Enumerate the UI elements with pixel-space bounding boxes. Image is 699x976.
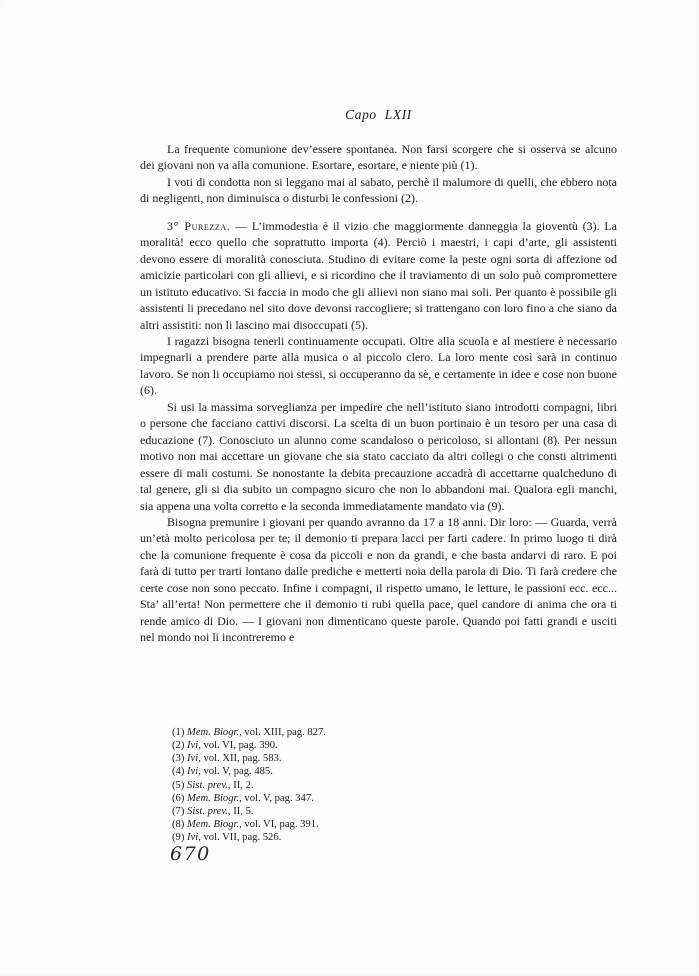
paragraph: I voti di condotta non si leggano mai al… bbox=[140, 174, 617, 207]
footnote-source: Mem. Biogr., bbox=[187, 727, 242, 738]
chapter-header: Capo LXII bbox=[140, 107, 617, 123]
footnote-number: (3) bbox=[172, 753, 184, 764]
footnote-source: Ivi, bbox=[187, 753, 201, 764]
footnote-source: Mem. Biogr., bbox=[187, 819, 242, 830]
footnote-number: (5) bbox=[172, 780, 184, 791]
footnote-number: (2) bbox=[172, 740, 184, 751]
paragraph: La frequente comunione dev’essere sponta… bbox=[140, 141, 617, 174]
footnote-text: vol. XII, pag. 583. bbox=[204, 753, 282, 764]
footnote-text: vol. V, pag. 485. bbox=[204, 766, 273, 777]
footnote-text: vol. V, pag. 347. bbox=[244, 793, 313, 804]
footnote-source: Sist. prev., bbox=[187, 780, 231, 791]
footnote-number: (6) bbox=[172, 793, 184, 804]
footnote: (4) Ivi, vol. V, pag. 485. bbox=[172, 765, 602, 778]
footnote: (2) Ivi, vol. VI, pag. 390. bbox=[172, 739, 602, 752]
footnotes-block: (1) Mem. Biogr., vol. XIII, pag. 827. (2… bbox=[172, 726, 602, 844]
footnote-source: Ivi, bbox=[187, 766, 201, 777]
paragraph: Bisogna premunire i giovani per quando a… bbox=[140, 514, 617, 646]
footnote-text: II, 5. bbox=[233, 806, 253, 817]
footnote-number: (7) bbox=[172, 806, 184, 817]
section-heading: 3° Purezza. bbox=[167, 219, 230, 233]
footnote-text: vol. VI, pag. 391. bbox=[244, 819, 318, 830]
footnote: (6) Mem. Biogr., vol. V, pag. 347. bbox=[172, 792, 602, 805]
footnote-source: Ivi, bbox=[187, 740, 201, 751]
footnote: (3) Ivi, vol. XII, pag. 583. bbox=[172, 752, 602, 765]
footnote-source: Sist. prev., bbox=[187, 806, 231, 817]
paragraph-text: — L’immodestia è il vizio che maggiormen… bbox=[140, 219, 617, 332]
page-number: 670 bbox=[170, 843, 211, 865]
footnote-source: Ivi, bbox=[187, 832, 201, 843]
paragraph: Si usi la massima sorveglianza per imped… bbox=[140, 399, 617, 514]
footnote-text: II, 2. bbox=[233, 780, 253, 791]
footnote-source: Mem. Biogr., bbox=[187, 793, 242, 804]
footnote-text: vol. VI, pag. 390. bbox=[204, 740, 278, 751]
footnote-number: (4) bbox=[172, 766, 184, 777]
paragraph-section-purezza: 3° Purezza. — L’immodestia è il vizio ch… bbox=[140, 218, 617, 333]
footnote-number: (1) bbox=[172, 727, 184, 738]
footnote-number: (8) bbox=[172, 819, 184, 830]
footnote: (5) Sist. prev., II, 2. bbox=[172, 779, 602, 792]
footnote-text: vol. VII, pag. 526. bbox=[204, 832, 282, 843]
footnote: (1) Mem. Biogr., vol. XIII, pag. 827. bbox=[172, 726, 602, 739]
footnote: (8) Mem. Biogr., vol. VI, pag. 391. bbox=[172, 818, 602, 831]
footnote-number: (9) bbox=[172, 832, 184, 843]
footnote: (9) Ivi, vol. VII, pag. 526. bbox=[172, 831, 602, 844]
paragraph: I ragazzi bisogna tenerli continuamente … bbox=[140, 333, 617, 399]
footnote: (7) Sist. prev., II, 5. bbox=[172, 805, 602, 818]
body-text: La frequente comunione dev’essere sponta… bbox=[140, 141, 617, 646]
footnote-text: vol. XIII, pag. 827. bbox=[244, 727, 326, 738]
book-page: Capo LXII La frequente comunione dev’ess… bbox=[0, 0, 699, 976]
